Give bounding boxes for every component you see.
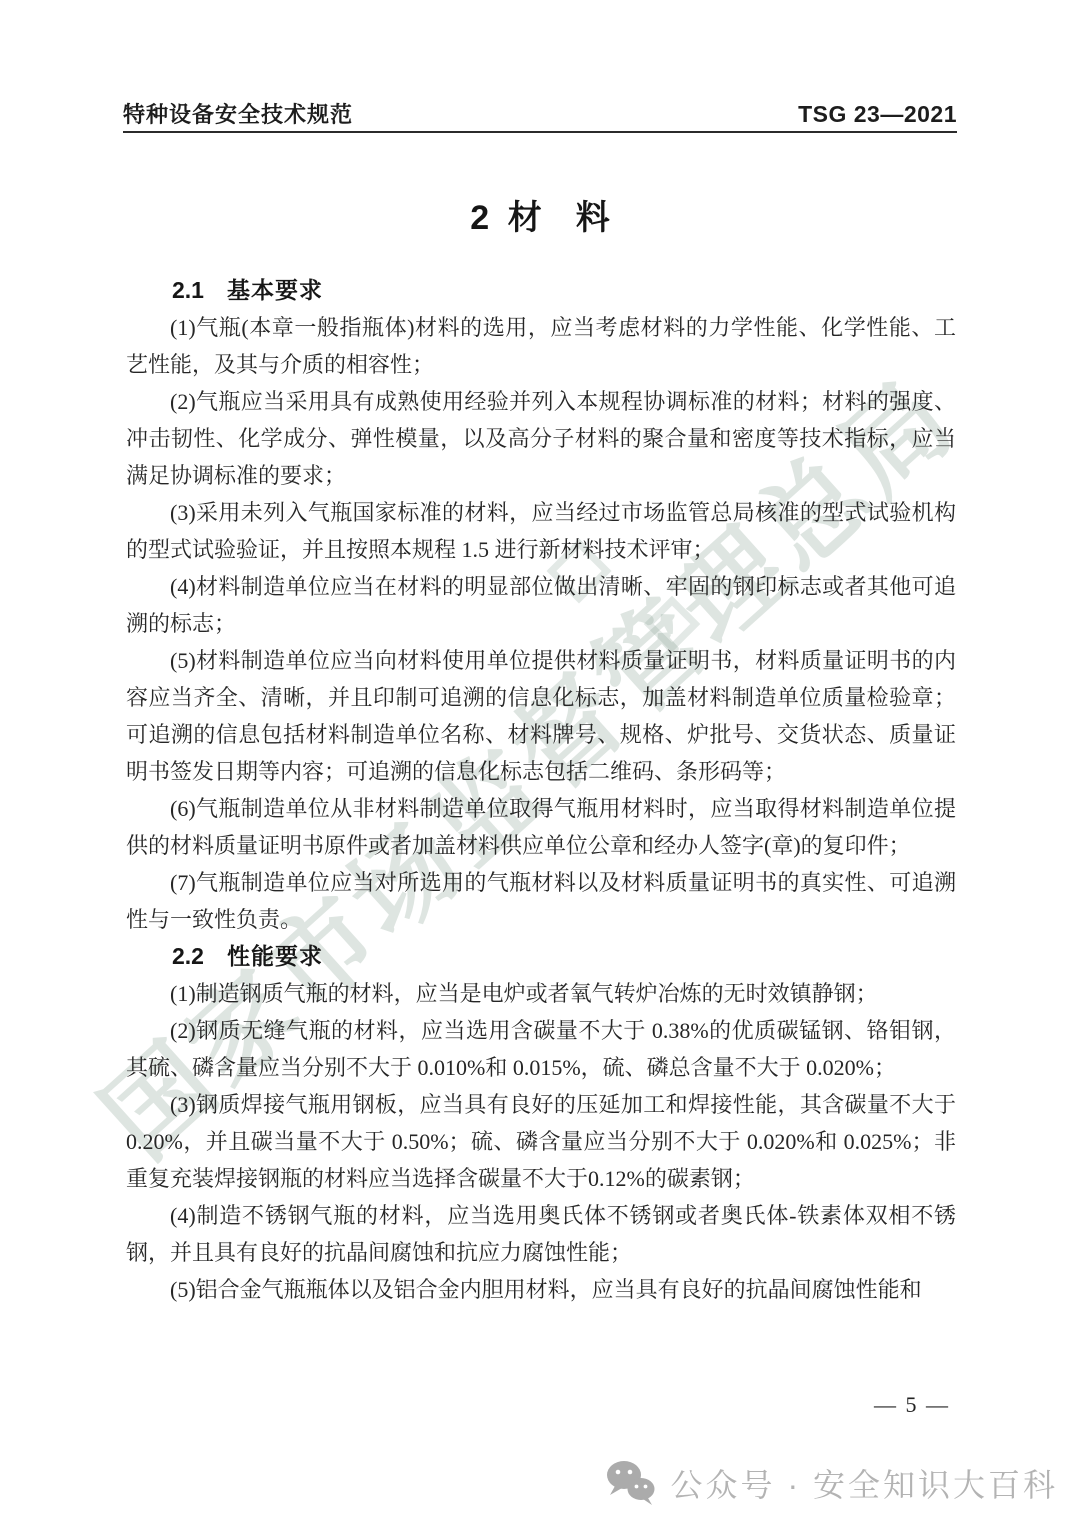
wechat-icon: [605, 1460, 657, 1506]
paragraph: (5)铝合金气瓶瓶体以及铝合金内胆用材料，应当具有良好的抗晶间腐蚀性能和: [126, 1271, 956, 1308]
paragraph: (1)制造钢质气瓶的材料，应当是电炉或者氧气转炉冶炼的无时效镇静钢；: [126, 975, 956, 1012]
paragraph: (3)采用未列入气瓶国家标准的材料，应当经过市场监管总局核准的型式试验机构的型式…: [126, 494, 956, 568]
section-heading-label: 性能要求: [227, 943, 323, 969]
document-page: 国家市场监督管理总局 特种设备安全技术规范 TSG 23—2021 2材 料 2…: [0, 0, 1080, 1527]
wechat-banner: 公众号 · 安全知识大百科: [605, 1460, 1058, 1506]
paragraph: (1)气瓶(本章一般指瓶体)材料的选用，应当考虑材料的力学性能、化学性能、工艺性…: [126, 309, 956, 383]
paragraph: (4)材料制造单位应当在材料的明显部位做出清晰、牢固的钢印标志或者其他可追溯的标…: [126, 568, 956, 642]
paragraph: (7)气瓶制造单位应当对所选用的气瓶材料以及材料质量证明书的真实性、可追溯性与一…: [126, 864, 956, 938]
section-number: 2.1: [172, 277, 204, 303]
paragraph: (6)气瓶制造单位从非材料制造单位取得气瓶用材料时，应当取得材料制造单位提供的材…: [126, 790, 956, 864]
page-number: — 5 —: [874, 1392, 950, 1418]
banner-label: 公众号 · 安全知识大百科: [671, 1460, 1058, 1506]
header-left-title: 特种设备安全技术规范: [123, 98, 353, 129]
paragraph: (5)材料制造单位应当向材料使用单位提供材料质量证明书，材料质量证明书的内容应当…: [126, 642, 956, 790]
section-heading-2-1: 2.1基本要求: [126, 272, 956, 309]
section-heading-2-2: 2.2性能要求: [126, 938, 956, 975]
header-rule: [123, 131, 957, 133]
page-header: 特种设备安全技术规范 TSG 23—2021: [123, 98, 957, 129]
section-number: 2.2: [172, 943, 204, 969]
document-body: 2.1基本要求 (1)气瓶(本章一般指瓶体)材料的选用，应当考虑材料的力学性能、…: [126, 272, 956, 1308]
chapter-title-text: 材 料: [508, 199, 610, 237]
paragraph: (2)气瓶应当采用具有成熟使用经验并列入本规程协调标准的材料；材料的强度、冲击韧…: [126, 383, 956, 494]
paragraph: (4)制造不锈钢气瓶的材料，应当选用奥氏体不锈钢或者奥氏体-铁素体双相不锈钢，并…: [126, 1197, 956, 1271]
section-heading-label: 基本要求: [227, 277, 323, 303]
paragraph: (3)钢质焊接气瓶用钢板，应当具有良好的压延加工和焊接性能，其含碳量不大于 0.…: [126, 1086, 956, 1197]
paragraph: (2)钢质无缝气瓶的材料，应当选用含碳量不大于 0.38%的优质碳锰钢、铬钼钢，…: [126, 1012, 956, 1086]
chapter-number: 2: [470, 199, 489, 237]
chapter-title: 2材 料: [0, 190, 1080, 239]
header-right-code: TSG 23—2021: [798, 101, 957, 128]
